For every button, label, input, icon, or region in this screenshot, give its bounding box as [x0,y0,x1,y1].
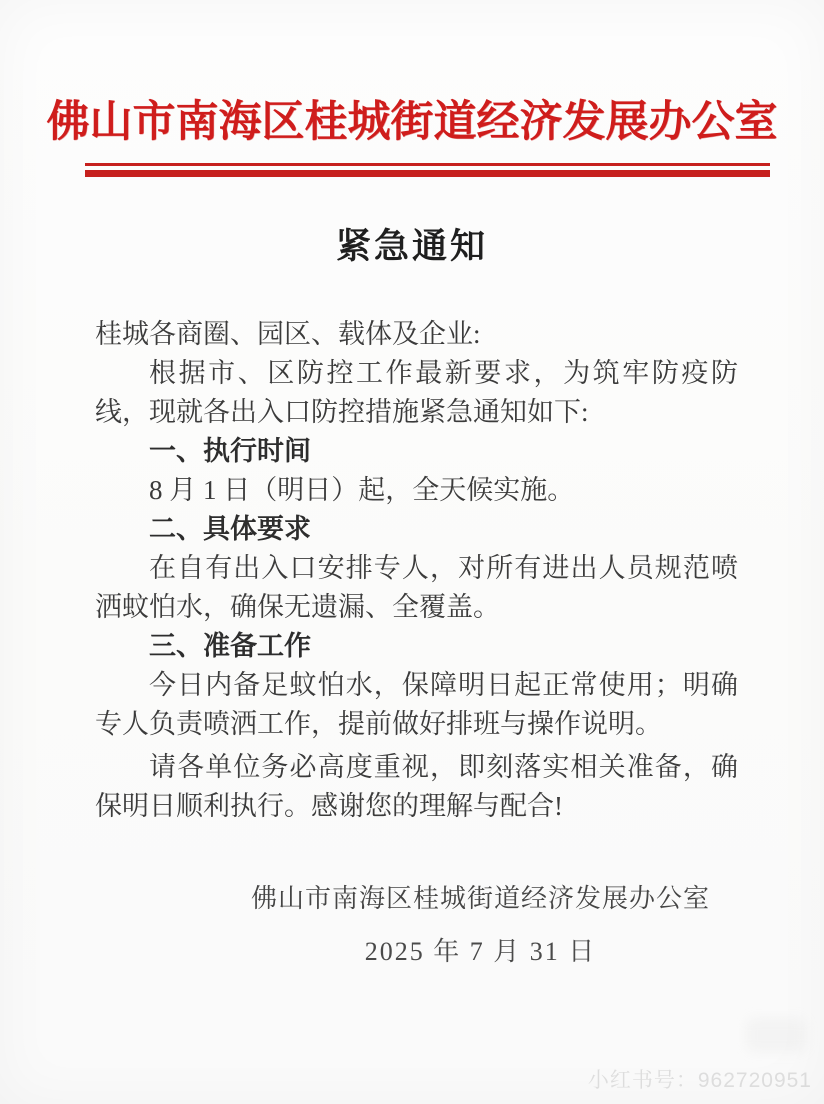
section-3-body: 今日内备足蚊怕水，保障明日起正常使用；明确专人负责喷洒工作，提前做好排班与操作说… [95,666,738,744]
intro-paragraph: 根据市、区防控工作最新要求，为筑牢防疫防线，现就各出入口防控措施紧急通知如下: [95,354,738,432]
signature-block: 佛山市南海区桂城街道经济发展办公室 2025 年 7 月 31 日 [0,878,710,968]
signature-org: 佛山市南海区桂城街道经济发展办公室 [251,878,710,915]
closing-paragraph: 请各单位务必高度重视，即刻落实相关准备，确保明日顺利执行。感谢您的理解与配合! [95,748,738,826]
salutation-line: 桂城各商圈、园区、载体及企业: [95,315,738,354]
signature-date: 2025 年 7 月 31 日 [251,931,710,968]
signature-inner: 佛山市南海区桂城街道经济发展办公室 2025 年 7 月 31 日 [251,878,710,968]
notice-body: 桂城各商圈、园区、载体及企业: 根据市、区防控工作最新要求，为筑牢防疫防线，现就… [95,315,738,826]
section-2-body: 在自有出入口安排专人，对所有进出人员规范喷洒蚊怕水，确保无遗漏、全覆盖。 [95,549,738,627]
notice-title: 紧急通知 [0,219,824,269]
letterhead-double-rule [85,163,770,177]
section-1-body: 8 月 1 日（明日）起，全天候实施。 [95,471,738,510]
section-1-heading: 一、执行时间 [95,432,738,471]
section-3-heading: 三、准备工作 [95,627,738,666]
scan-smudge [746,1018,806,1052]
letterhead: 佛山市南海区桂城街道经济发展办公室 [0,0,824,177]
notice-document: 佛山市南海区桂城街道经济发展办公室 紧急通知 桂城各商圈、园区、载体及企业: 根… [0,0,824,1104]
xiaohongshu-watermark: 小红书号：962720951 [588,1064,812,1094]
letterhead-org-title: 佛山市南海区桂城街道经济发展办公室 [47,88,778,149]
section-2-heading: 二、具体要求 [95,510,738,549]
